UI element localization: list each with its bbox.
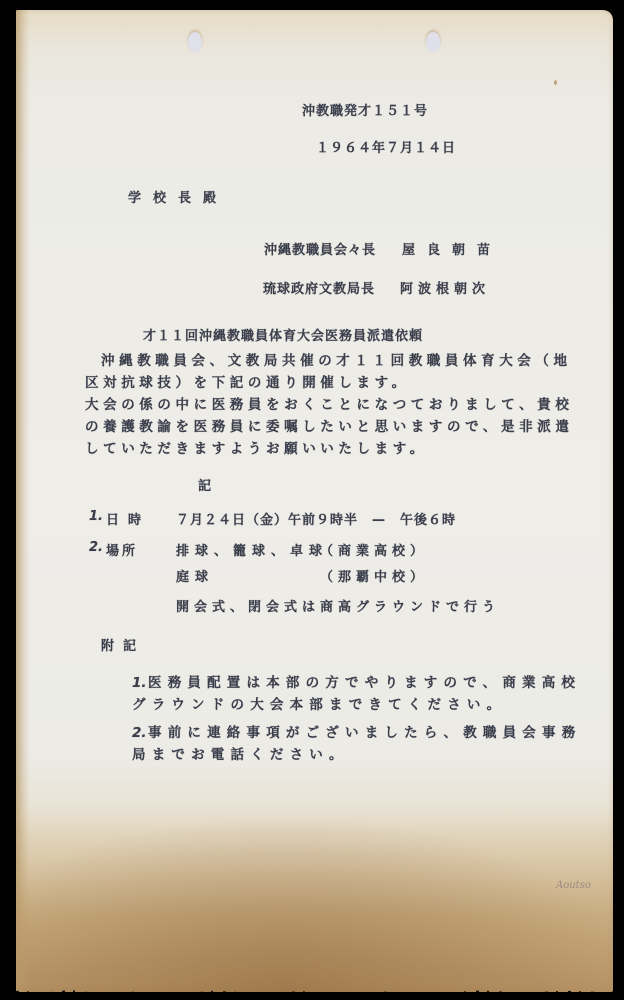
appendix-note-2-text: 事前に連絡事項がございましたら、教職員会事務局までお電話ください。 <box>132 725 581 763</box>
sender-1-name: 屋良朝苗 <box>402 239 502 258</box>
body-text: 沖縄教職員会、文教局共催の才１１回教職員体育大会（地区対抗球技）を下記の通り開催… <box>85 350 585 460</box>
appendix-note-2-number: 2. <box>132 722 148 744</box>
sender-2-title: 琉球政府文教局長 <box>263 278 375 297</box>
item-1-label: 日時 <box>106 509 150 528</box>
reference-number: 沖教職発才１５１号 <box>302 100 428 119</box>
item-2-number: 2. <box>89 540 103 555</box>
document-date: １９６４年７月１４日 <box>316 137 456 156</box>
document-paper <box>16 10 613 992</box>
appendix-heading: 附記 <box>101 635 145 654</box>
appendix-note-1-number: 1. <box>132 672 148 694</box>
ki-heading: 記 <box>198 475 211 494</box>
item-2-venue-2-sports: 庭球 <box>176 566 214 585</box>
item-2-venue-2-place: （那覇中校） <box>320 566 428 585</box>
handwritten-pencil-mark: Aoutso <box>556 880 591 891</box>
item-2-ceremony-note: 開会式、閉会式は商高グラウンドで行う <box>176 596 500 615</box>
subject-title: 才１１回沖縄教職員体育大会医務員派遣依頼 <box>143 325 423 344</box>
sender-1-title: 沖縄教職員会々長 <box>264 239 376 258</box>
addressee-text: 学校長殿 <box>128 191 228 206</box>
item-1-number: 1. <box>89 509 103 524</box>
item-1-datetime: ７月２４日（金）午前９時半 — 午後６時 <box>176 509 456 528</box>
appendix-note-2: 2.事前に連絡事項がございましたら、教職員会事務局までお電話ください。 <box>132 722 592 766</box>
body-paragraph-2: 大会の係の中に医務員をおくことになつておりまして、貴校の養護教諭を医務員に委嘱し… <box>85 394 585 460</box>
body-paragraph-1: 沖縄教職員会、文教局共催の才１１回教職員体育大会（地区対抗球技）を下記の通り開催… <box>85 350 585 394</box>
item-2-label: 場所 <box>106 540 138 559</box>
sender-2-name: 阿波根朝次 <box>400 278 490 297</box>
stain-spot <box>554 80 557 85</box>
appendix-note-1: 1.医務員配置は本部の方でやりますので、商業高校グラウンドの大会本部まできてくだ… <box>132 672 592 716</box>
addressee: 学校長殿 <box>128 187 228 206</box>
punch-hole-right <box>426 32 440 52</box>
punch-hole-left <box>188 32 202 52</box>
item-2-venue-1-sports: 排球、籠球、卓球 <box>176 540 328 559</box>
item-2-venue-1-place: （商業高校） <box>320 540 428 559</box>
appendix-note-1-text: 医務員配置は本部の方でやりますので、商業高校グラウンドの大会本部まできてください… <box>132 675 581 713</box>
